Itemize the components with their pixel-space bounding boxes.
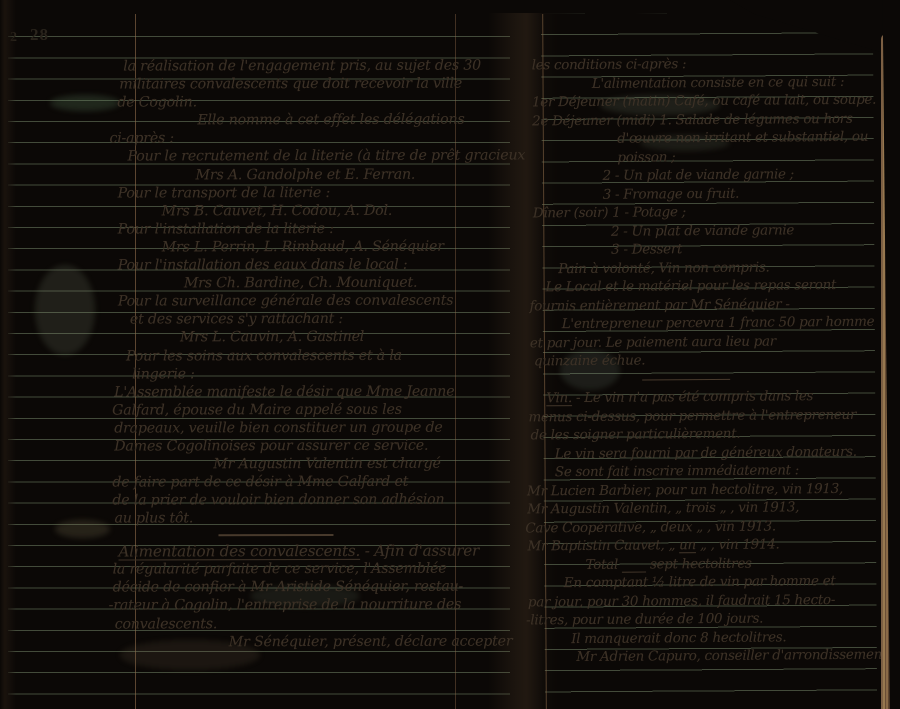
manuscript-line: Elle nomme à cet effet les délégations — [197, 111, 517, 130]
phrase: 3 - Dessert — [611, 241, 682, 258]
manuscript-text-right-page: les conditions ci-après :L'alimentation … — [532, 54, 887, 667]
phrase: Mr Augustin Valentin est chargé — [213, 456, 440, 473]
manuscript-line: Mr Lucien Barbier, pour un hectolitre, v… — [527, 479, 885, 500]
manuscript-line: la régularité parfaite de ce service, l'… — [113, 560, 519, 579]
phrase: convalescents. — [115, 616, 218, 632]
manuscript-line: lingerie : — [132, 364, 518, 383]
phrase: lingerie : — [132, 366, 195, 382]
manuscript-line: Mrs B. Cauvet, H. Codou, A. Dol. — [162, 201, 518, 220]
phrase: Pain à volonté, Vin non compris. — [558, 259, 769, 277]
phrase: -rateur à Cogolin, l'entreprise de la no… — [109, 597, 462, 614]
page-number-left: 28 — [30, 25, 49, 45]
manuscript-line: Pour l'installation de la literie : — [118, 219, 518, 238]
manuscript-line: 2 - Un plat de viande garnie ; — [602, 165, 882, 186]
phrase: poisson ; — [617, 149, 675, 165]
manuscript-line: Mrs L. Cauvin, A. Gastinel — [180, 328, 518, 347]
manuscript-line: Mr Sénéquier, présent, déclare accepter — [229, 632, 519, 651]
phrase: Mrs L. Perrin, L. Rimbaud, A. Sénéquier — [162, 239, 444, 256]
manuscript-line: de la prier de vouloir bien donner son a… — [112, 491, 518, 510]
phrase: Mr Sénéquier, présent, déclare accepter — [229, 633, 513, 650]
manuscript-line: 1er Déjeuner (matin) Café, ou café au la… — [532, 91, 882, 112]
phrase: - Afin d'assurer — [360, 542, 479, 560]
manuscript-line: Le vin sera fourni par de généreux donat… — [555, 442, 885, 463]
manuscript-line: 2 - Un plat de viande garnie — [611, 220, 883, 241]
phrase: Pour les soins aux convalescents et à la — [126, 347, 402, 364]
phrase: de Cogolin. — [117, 95, 197, 111]
phrase: par jour, pour 30 hommes, il faudrait 15… — [528, 592, 835, 610]
phrase: décide de confier à Mr Aristide Sénéquie… — [113, 579, 464, 596]
phrase: Pour l'installation de la literie : — [118, 221, 334, 238]
phrase: - Le vin n'a pas été compris dans les — [572, 388, 813, 406]
underlined-phrase: Vin. — [546, 390, 572, 406]
manuscript-line: L'entrepreneur percevra 1 franc 50 par h… — [562, 313, 884, 334]
manuscript-line: poisson ; — [617, 146, 882, 167]
manuscript-line: Galfard, épouse du Maire appelé sous les — [112, 400, 518, 419]
manuscript-line: Il manquerait donc 8 hectolitres. — [571, 627, 886, 648]
phrase: Il manquerait donc 8 hectolitres. — [571, 629, 786, 647]
phrase: les conditions ci-après : — [532, 56, 687, 73]
manuscript-line: de Cogolin. — [117, 93, 517, 112]
manuscript-line: drapeaux, veuille bien constituer un gro… — [114, 418, 518, 437]
phrase: 3 - Fromage ou fruit. — [603, 185, 740, 202]
manuscript-line: -rateur à Cogolin, l'entreprise de la no… — [109, 596, 519, 615]
manuscript-line: de faire part de ce désir à Mme Galfard … — [112, 473, 518, 492]
scan-edge-left — [0, 0, 16, 709]
phrase: la régularité parfaite de ce service, l'… — [113, 561, 447, 578]
phrase: -litres, pour une durée de 100 jours. — [526, 611, 763, 629]
manuscript-line: Mr Augustin Valentin est chargé — [213, 455, 518, 474]
phrase: de la prier de vouloir bien donner son a… — [112, 492, 444, 509]
phrase: Pour la surveillance générale des conval… — [118, 293, 454, 310]
manuscript-line: Pour la surveillance générale des conval… — [118, 292, 518, 311]
manuscript-text-left-page: la réalisation de l'engagement pris, au … — [117, 56, 519, 651]
manuscript-line: d'œuvre non irritant et substantiel, ou — [617, 128, 882, 149]
manuscript-line: En comptant ½ litre de vin par homme et — [564, 572, 886, 593]
phrase: Dames Cogolinoises pour assurer ce servi… — [114, 438, 428, 455]
phrase: de les soigner particulièrement. — [531, 426, 741, 444]
manuscript-line: Mrs L. Perrin, L. Rimbaud, A. Sénéquier — [162, 237, 518, 256]
phrase: 2e Déjeuner (midi) 1. Salade de légumes … — [532, 110, 853, 129]
phrase: Mrs Ch. Bardine, Ch. Mouniquet. — [184, 275, 418, 292]
phrase: L'alimentation consiste en ce qui suit : — [592, 73, 845, 91]
manuscript-line: quinzaine échue. — [534, 350, 884, 371]
phrase: Pour le recrutement de la literie (à tit… — [127, 148, 525, 165]
manuscript-line: Dames Cogolinoises pour assurer ce servi… — [114, 436, 518, 455]
phrase: Dîner (soir) 1 - Potage ; — [533, 204, 686, 221]
phrase: Se sont fait inscrire immédiatement : — [555, 462, 799, 480]
register-scan: 2 28 29 la réalisation de l'engagement p… — [0, 0, 900, 709]
phrase: quinzaine échue. — [534, 353, 645, 370]
phrase: Mrs B. Cauvet, H. Codou, A. Dol. — [162, 203, 393, 220]
phrase: la réalisation de l'engagement pris, au … — [123, 58, 481, 75]
manuscript-line: Mrs A. Gandolphe et E. Ferran. — [196, 165, 518, 184]
manuscript-line: 3 - Dessert — [611, 239, 883, 260]
manuscript-line: Pour l'installation des eaux dans le loc… — [118, 256, 518, 275]
phrase: ci-après : — [109, 131, 174, 147]
underlined-phrase — [622, 556, 646, 572]
manuscript-line: Pour le recrutement de la literie (à tit… — [127, 147, 517, 166]
underlined-phrase: un — [679, 537, 696, 553]
phrase: fournis entièrement par Mr Sénéquier - — [530, 296, 790, 314]
manuscript-line: L'alimentation consiste en ce qui suit : — [592, 72, 882, 93]
phrase: L'entrepreneur percevra 1 franc 50 par h… — [562, 314, 875, 332]
phrase: Le vin sera fourni par de généreux donat… — [555, 444, 857, 462]
phrase: 2 - Un plat de viande garnie ; — [602, 166, 793, 184]
manuscript-line: et des services s'y rattachant : — [130, 310, 518, 329]
phrase: Galfard, épouse du Maire appelé sous les — [112, 402, 402, 419]
manuscript-line: Pour les soins aux convalescents et à la — [126, 346, 518, 365]
manuscript-line: 3 - Fromage ou fruit. — [603, 183, 883, 204]
manuscript-line: menus ci-dessus, pour permettre à l'entr… — [528, 405, 884, 426]
phrase: Elle nomme à cet effet les délégations — [197, 112, 464, 129]
phrase: Mrs A. Gandolphe et E. Ferran. — [196, 166, 416, 183]
manuscript-line: par jour, pour 30 hommes, il faudrait 15… — [528, 590, 886, 611]
ink-divider — [218, 534, 333, 536]
manuscript-line: Total sept hectolitres — [586, 553, 886, 574]
phrase: Mr Baptistin Cauvet, „ — [527, 537, 679, 554]
phrase: Pour l'installation des eaux dans le loc… — [118, 257, 408, 274]
manuscript-line: au plus tôt. — [114, 509, 518, 528]
phrase: En comptant ½ litre de vin par homme et — [564, 573, 836, 591]
manuscript-line: Le Local et le matériel pour les repas s… — [545, 276, 883, 297]
ink-divider — [642, 378, 730, 380]
phrase: militaires convalescents que doit recevo… — [119, 76, 462, 93]
phrase: Mr Adrien Capuro, conseiller d'arrondiss… — [576, 647, 891, 665]
phrase: et des services s'y rattachant : — [130, 311, 343, 328]
phrase: au plus tôt. — [114, 511, 193, 527]
underlined-phrase: Alimentation des convalescents. — [118, 542, 360, 561]
phrase: Cave Coopérative, „ deux „ , vin 1913. — [525, 518, 776, 536]
phrase: 2 - Un plat de viande garnie — [611, 222, 794, 239]
manuscript-line: Pour le transport de la literie : — [118, 183, 518, 202]
phrase: L'Assemblée manifeste le désir que Mme J… — [114, 383, 454, 400]
manuscript-line: ci-après : — [109, 129, 517, 148]
manuscript-line: Alimentation des convalescents. - Afin d… — [118, 542, 518, 561]
phrase: et par jour. Le paiement aura lieu par — [530, 333, 776, 351]
phrase: „ , vin 1914. — [696, 537, 780, 554]
manuscript-line: Mr Adrien Capuro, conseiller d'arrondiss… — [576, 646, 886, 667]
phrase: Mr Augustin Valentin, „ trois „ , vin 19… — [527, 499, 799, 517]
manuscript-line: la réalisation de l'engagement pris, au … — [123, 56, 517, 75]
phrase: Mr Lucien Barbier, pour un hectolitre, v… — [527, 481, 843, 499]
phrase: d'œuvre non irritant et substantiel, ou — [617, 129, 868, 147]
manuscript-line: convalescents. — [115, 614, 519, 633]
phrase: Pour le transport de la literie : — [118, 185, 330, 202]
phrase: de faire part de ce désir à Mme Galfard … — [112, 474, 408, 491]
phrase: Total — [586, 556, 622, 572]
manuscript-line: L'Assemblée manifeste le désir que Mme J… — [114, 382, 518, 401]
manuscript-line: militaires convalescents que doit recevo… — [119, 75, 517, 94]
phrase: Mrs L. Cauvin, A. Gastinel — [180, 329, 364, 345]
phrase: 1er Déjeuner (matin) Café, ou café au la… — [532, 92, 876, 111]
phrase: sept hectolitres — [646, 555, 752, 572]
phrase: menus ci-dessus, pour permettre à l'entr… — [528, 407, 856, 426]
phrase: Le Local et le matériel pour les repas s… — [545, 277, 836, 295]
manuscript-line: décide de confier à Mr Aristide Sénéquie… — [113, 578, 519, 597]
manuscript-line: Mrs Ch. Bardine, Ch. Mouniquet. — [184, 274, 518, 293]
phrase: drapeaux, veuille bien constituer un gro… — [114, 420, 442, 437]
